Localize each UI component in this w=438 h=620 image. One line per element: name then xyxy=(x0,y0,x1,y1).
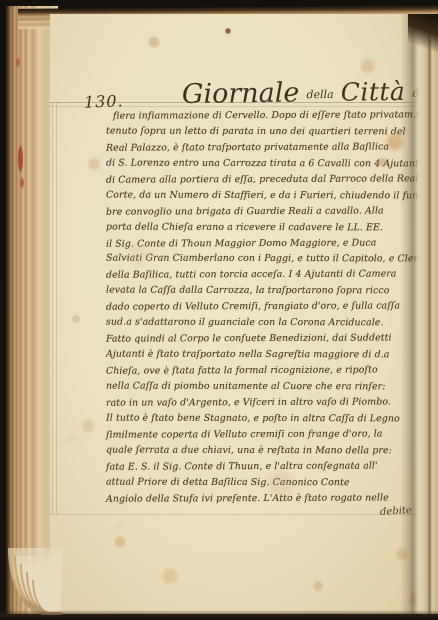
manuscript-line: nella Caſſa di piombo unitamente al Cuor… xyxy=(106,379,428,396)
manuscript-line: sud.a s'adattarono il guanciale con la C… xyxy=(106,315,428,332)
manuscript-text: fiera infiammazione di Cervello. Dopo di… xyxy=(106,108,428,506)
manuscript-line: il Sig. Conte di Thoun Maggior Domo Magg… xyxy=(106,235,428,252)
pencil-scribble: ⌇⌇ xyxy=(114,521,144,531)
manuscript-line: quale ſerrata a due chiavi, una è reſtat… xyxy=(106,442,428,459)
red-edge-speckle xyxy=(18,146,23,172)
manuscript-line: bre convoglio una brigata di Guardie Rea… xyxy=(106,203,428,220)
manuscript-line: rato in un vaſo d'Argento, e Viſceri in … xyxy=(106,394,428,411)
manuscript-line: Real Palazzo, è ſtato traſportato privat… xyxy=(106,139,428,156)
red-edge-speckle xyxy=(16,58,20,67)
manuscript-line: Salviati Gran Ciamberlano con i Paggi, e… xyxy=(106,251,428,268)
manuscript-line: Angiolo della Stufa ivi preſente. L'Atto… xyxy=(106,490,428,507)
manuscript-line: Fatto quindi al Corpo le conſuete Benedi… xyxy=(106,330,428,347)
top-right-cover-shadow xyxy=(408,14,438,56)
title-word-della: della xyxy=(306,88,333,101)
bottom-edge-shadow xyxy=(0,610,438,620)
title-word-giornale: Giornale xyxy=(182,77,300,110)
title-word-citta: Città xyxy=(341,77,406,107)
manuscript-line: ſimilmente coperta di Velluto cremiſi co… xyxy=(106,426,428,443)
manuscript-line: fata E. S. il Sig. Conte di Thuun, e l'a… xyxy=(106,458,428,475)
manuscript-line: Ajutanti è ſtato traſportato nella Sagre… xyxy=(106,347,428,364)
manuscript-line: Chieſa, ove è ſtata fatta la formal rico… xyxy=(106,362,428,379)
manuscript-line: dado coperto di Velluto Cremiſi, frangia… xyxy=(106,299,428,316)
manuscript-line: tenuto ſopra un letto di parata in uno d… xyxy=(106,124,428,141)
ink-showthrough-smudge: ‥‥⌇⌇‥ xyxy=(56,433,104,444)
manuscript-line: levata la Caſſa dalla Carrozza, la traſp… xyxy=(106,283,428,300)
manuscript-line: della Baſilica, tutti con torcia acceſa.… xyxy=(106,267,428,284)
book-gutter xyxy=(400,14,438,614)
manuscript-line: fiera infiammazione di Cervello. Dopo di… xyxy=(106,107,428,124)
photo-of-manuscript: 130. Giornale della Città di Livorno fie… xyxy=(0,0,438,620)
manuscript-line: porta della Chieſa erano a ricevere il c… xyxy=(106,219,428,236)
manuscript-line: di S. Lorenzo entro una Carrozza tirata … xyxy=(106,155,428,172)
red-edge-speckle xyxy=(20,178,24,188)
manuscript-page: 130. Giornale della Città di Livorno fie… xyxy=(50,14,438,614)
manuscript-line: Corte, da un Numero di Staffieri, e da i… xyxy=(106,187,428,204)
left-margin-rule xyxy=(52,102,53,514)
left-margin-rule-double xyxy=(56,102,57,514)
manuscript-line: di Camera alla portiera di eſſa, precedu… xyxy=(106,171,428,188)
bottom-margin-rule xyxy=(50,514,416,515)
manuscript-line: Il tutto è ſtato bene Stagnato, e poſto … xyxy=(106,410,428,427)
manuscript-line: attual Priore di detta Baſilica Sig. Can… xyxy=(106,474,428,491)
